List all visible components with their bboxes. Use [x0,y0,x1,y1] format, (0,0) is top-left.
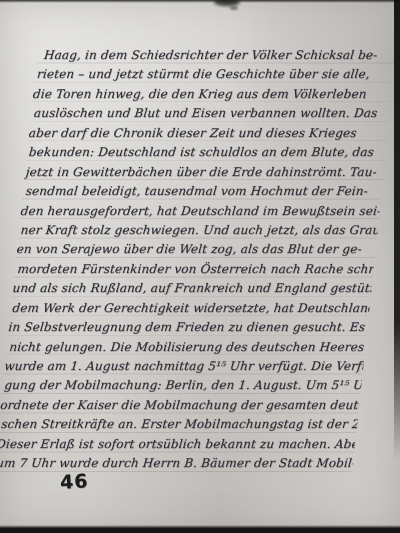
manuscript-line: den herausgefordert, hat Deutschland im … [20,202,381,221]
manuscript-line: Haag, in dem Schiedsrichter der Völker S… [36,46,397,65]
manuscript-line: ordnete der Kaiser die Mobilmachung der … [0,396,360,415]
manuscript-line: um 7 Uhr wurde durch Herrn B. Bäumer der… [0,454,354,473]
manuscript-line: jetzt in Gewitterbächen über die Erde da… [24,163,385,182]
scan-edge-bottom [0,525,400,533]
manuscript-line: gung der Mobilmachung: Berlin, den 1. Au… [1,376,362,395]
manuscript-line: ner Kraft stolz geschwiegen. Und auch je… [18,221,379,240]
manuscript-line: rieten – und jetzt stürmt die Geschichte… [34,65,395,84]
manuscript-line: mordeten Fürstenkinder von Österreich na… [13,260,374,279]
scanned-manuscript-page: Haag, in dem Schiedsrichter der Völker S… [0,0,400,533]
manuscript-line: en von Serajewo über die Welt zog, als d… [16,240,377,259]
manuscript-line: auslöschen und Blut und Eisen verbannen … [30,104,391,123]
manuscript-line: aber darf die Chronik dieser Zeit und di… [28,124,389,143]
ink-smudge [214,0,240,6]
manuscript-line: die Toren hinweg, die den Krieg aus dem … [32,85,393,104]
scan-edge-top [0,0,400,3]
manuscript-line: in Selbstverleugnung dem Frieden zu dien… [7,318,368,337]
manuscript-line: wurde am 1. August nachmittag 5¹⁵ Uhr ve… [3,357,364,376]
manuscript-line: schen Streitkräfte an. Erster Mobilmachu… [0,415,358,434]
manuscript-text: Haag, in dem Schiedsrichter der Völker S… [0,46,397,476]
manuscript-line: nicht gelungen. Die Mobilisierung des de… [5,338,366,357]
manuscript-line: dem Werk der Gerechtigkeit widersetzte, … [9,299,370,318]
scan-edge-right [394,0,400,460]
manuscript-line: und als sich Rußland, auf Frankreich und… [11,279,372,298]
page-number: 46 [59,470,89,493]
ink-smudge-small [230,6,238,10]
manuscript-line: bekunden: Deutschland ist schuldlos an d… [26,143,387,162]
manuscript-line: sendmal beleidigt, tausendmal vom Hochmu… [22,182,383,201]
manuscript-line: Dieser Erlaß ist sofort ortsüblich bekan… [0,435,356,454]
